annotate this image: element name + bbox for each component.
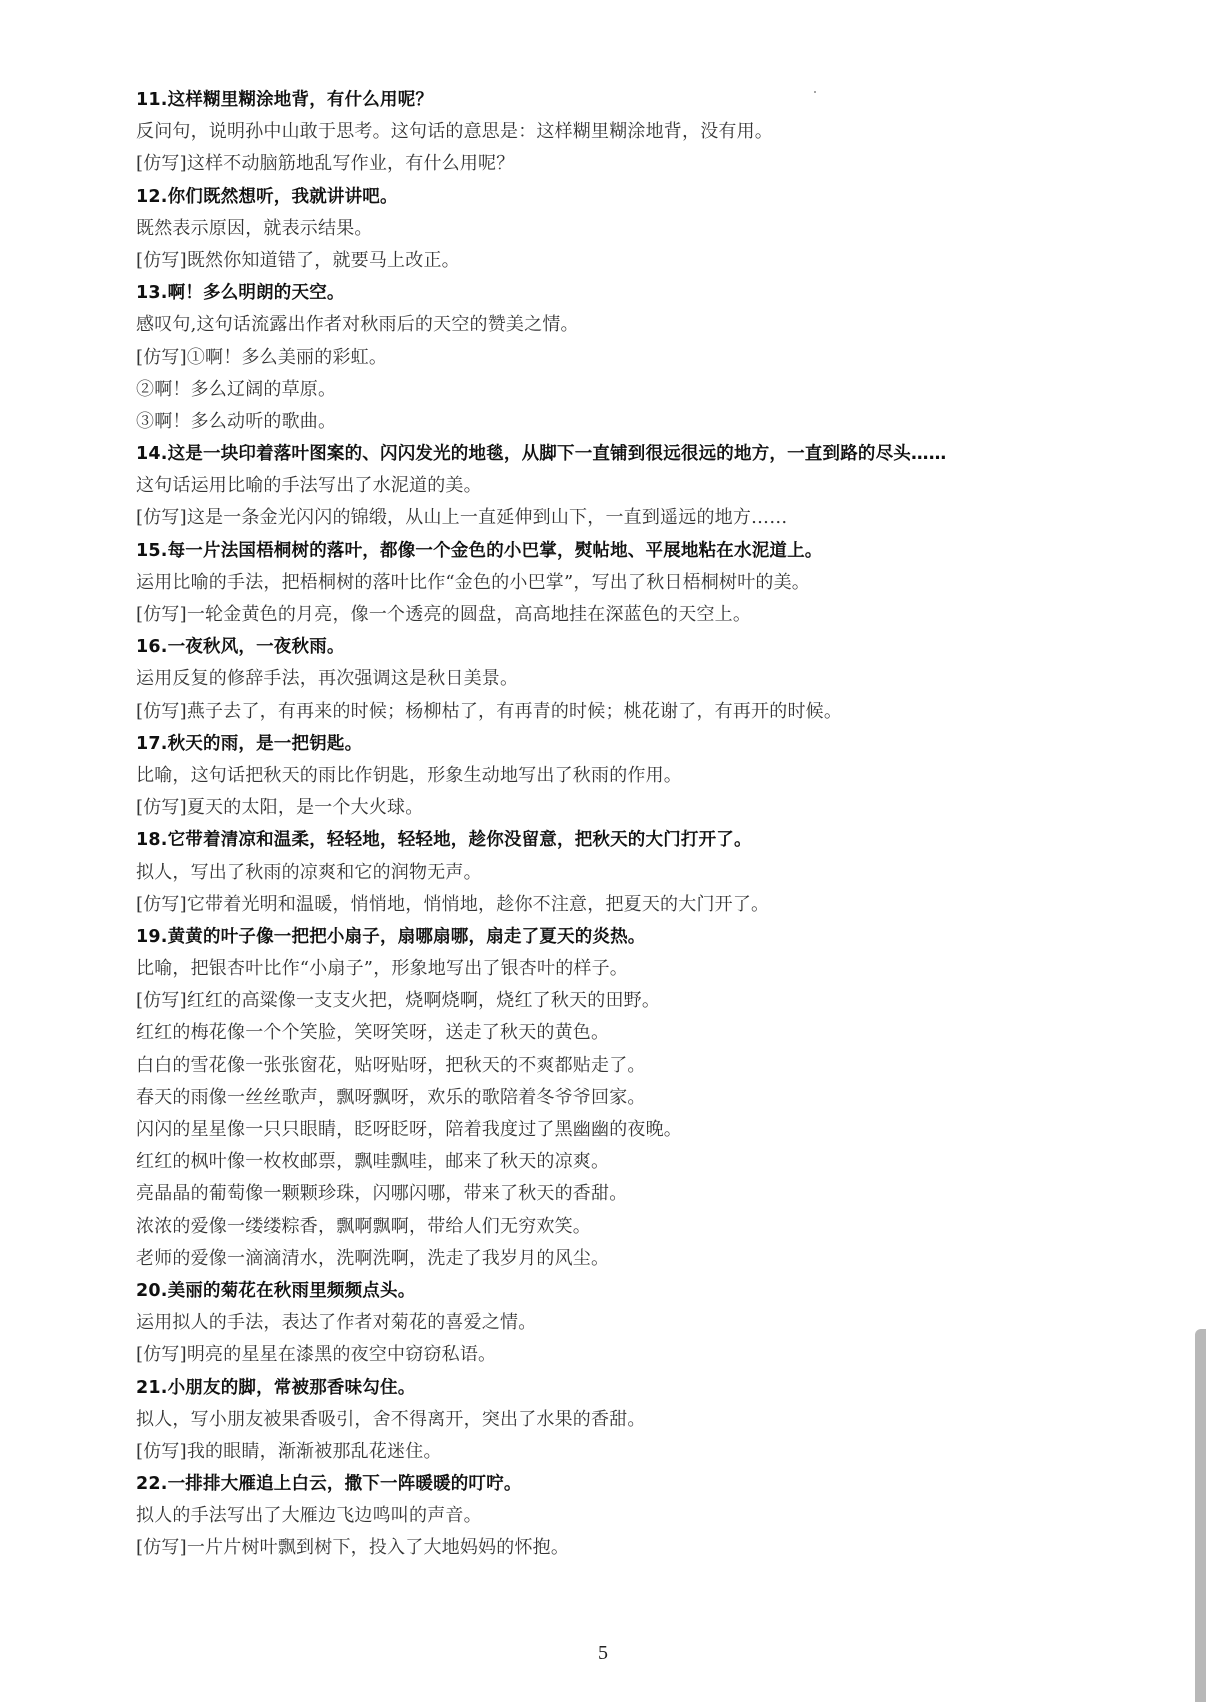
explanation-line: [仿写]燕子去了，有再来的时候；杨柳枯了，有再青的时候；桃花谢了，有再开的时候。 xyxy=(136,696,1136,728)
explanation-line: [仿写]一轮金黄色的月亮，像一个透亮的圆盘，高高地挂在深蓝色的天空上。 xyxy=(136,599,1136,631)
example-sentence-heading: 17.秋天的雨，是一把钥匙。 xyxy=(136,728,1136,760)
example-sentence-heading: 11.这样糊里糊涂地背，有什么用呢？ xyxy=(136,84,1136,116)
example-sentence-heading: 20.美丽的菊花在秋雨里频频点头。 xyxy=(136,1275,1136,1307)
explanation-line: 反问句，说明孙中山敢于思考。这句话的意思是：这样糊里糊涂地背，没有用。 xyxy=(136,116,1136,148)
example-sentence-heading: 14.这是一块印着落叶图案的、闪闪发光的地毯，从脚下一直铺到很远很远的地方，一直… xyxy=(136,438,1136,470)
explanation-line: [仿写]一片片树叶飘到树下，投入了大地妈妈的怀抱。 xyxy=(136,1532,1136,1564)
explanation-line: 春天的雨像一丝丝歌声，飘呀飘呀，欢乐的歌陪着冬爷爷回家。 xyxy=(136,1082,1136,1114)
example-sentence-heading: 18.它带着清凉和温柔，轻轻地，轻轻地，趁你没留意，把秋天的大门打开了。 xyxy=(136,824,1136,856)
explanation-line: [仿写]这样不动脑筋地乱写作业，有什么用呢？ xyxy=(136,148,1136,180)
document-page: 11.这样糊里糊涂地背，有什么用呢？反问句，说明孙中山敢于思考。这句话的意思是：… xyxy=(136,84,1136,1565)
explanation-line: 比喻，把银杏叶比作“小扇子”，形象地写出了银杏叶的样子。 xyxy=(136,953,1136,985)
explanation-line: 红红的枫叶像一枚枚邮票，飘哇飘哇，邮来了秋天的凉爽。 xyxy=(136,1146,1136,1178)
explanation-line: 运用比喻的手法，把梧桐树的落叶比作“金色的小巴掌”，写出了秋日梧桐树叶的美。 xyxy=(136,567,1136,599)
explanation-line: 既然表示原因，就表示结果。 xyxy=(136,213,1136,245)
page-number: 5 xyxy=(0,1642,1206,1665)
scrollbar-thumb[interactable] xyxy=(1195,1329,1206,1702)
example-sentence-heading: 16.一夜秋风，一夜秋雨。 xyxy=(136,631,1136,663)
explanation-line: 拟人，写小朋友被果香吸引，舍不得离开，突出了水果的香甜。 xyxy=(136,1404,1136,1436)
explanation-line: [仿写]这是一条金光闪闪的锦缎，从山上一直延伸到山下，一直到遥远的地方…… xyxy=(136,502,1136,534)
explanation-line: 拟人的手法写出了大雁边飞边鸣叫的声音。 xyxy=(136,1500,1136,1532)
example-sentence-heading: 19.黄黄的叶子像一把把小扇子，扇哪扇哪，扇走了夏天的炎热。 xyxy=(136,921,1136,953)
explanation-line: 这句话运用比喻的手法写出了水泥道的美。 xyxy=(136,470,1136,502)
explanation-line: 闪闪的星星像一只只眼睛，眨呀眨呀，陪着我度过了黑幽幽的夜晚。 xyxy=(136,1114,1136,1146)
explanation-line: [仿写]既然你知道错了，就要马上改正。 xyxy=(136,245,1136,277)
explanation-line: [仿写]红红的高粱像一支支火把，烧啊烧啊，烧红了秋天的田野。 xyxy=(136,985,1136,1017)
explanation-line: [仿写]夏天的太阳，是一个大火球。 xyxy=(136,792,1136,824)
explanation-line: [仿写]我的眼睛，渐渐被那乱花迷住。 xyxy=(136,1436,1136,1468)
stray-mark xyxy=(814,91,816,93)
example-sentence-heading: 22.一排排大雁追上白云，撒下一阵暖暖的叮咛。 xyxy=(136,1468,1136,1500)
explanation-line: [仿写]明亮的星星在漆黑的夜空中窃窃私语。 xyxy=(136,1339,1136,1371)
vertical-scrollbar[interactable] xyxy=(1192,0,1206,1702)
explanation-line: ③啊！多么动听的歌曲。 xyxy=(136,406,1136,438)
explanation-line: 白白的雪花像一张张窗花，贴呀贴呀，把秋天的不爽都贴走了。 xyxy=(136,1050,1136,1082)
example-sentence-heading: 12.你们既然想听，我就讲讲吧。 xyxy=(136,181,1136,213)
explanation-line: 感叹句,这句话流露出作者对秋雨后的天空的赞美之情。 xyxy=(136,309,1136,341)
explanation-line: 运用反复的修辞手法，再次强调这是秋日美景。 xyxy=(136,663,1136,695)
explanation-line: [仿写]①啊！多么美丽的彩虹。 xyxy=(136,342,1136,374)
explanation-line: 亮晶晶的葡萄像一颗颗珍珠，闪哪闪哪，带来了秋天的香甜。 xyxy=(136,1178,1136,1210)
explanation-line: 拟人，写出了秋雨的凉爽和它的润物无声。 xyxy=(136,857,1136,889)
example-sentence-heading: 21.小朋友的脚，常被那香味勾住。 xyxy=(136,1372,1136,1404)
explanation-line: ②啊！多么辽阔的草原。 xyxy=(136,374,1136,406)
explanation-line: 浓浓的爱像一缕缕粽香，飘啊飘啊，带给人们无穷欢笑。 xyxy=(136,1211,1136,1243)
explanation-line: 比喻，这句话把秋天的雨比作钥匙，形象生动地写出了秋雨的作用。 xyxy=(136,760,1136,792)
explanation-line: 红红的梅花像一个个笑脸，笑呀笑呀，送走了秋天的黄色。 xyxy=(136,1017,1136,1049)
explanation-line: 运用拟人的手法，表达了作者对菊花的喜爱之情。 xyxy=(136,1307,1136,1339)
explanation-line: [仿写]它带着光明和温暖，悄悄地，悄悄地，趁你不注意，把夏天的大门开了。 xyxy=(136,889,1136,921)
example-sentence-heading: 15.每一片法国梧桐树的落叶，都像一个金色的小巴掌，熨帖地、平展地粘在水泥道上。 xyxy=(136,535,1136,567)
explanation-line: 老师的爱像一滴滴清水，洗啊洗啊，洗走了我岁月的风尘。 xyxy=(136,1243,1136,1275)
example-sentence-heading: 13.啊！多么明朗的天空。 xyxy=(136,277,1136,309)
